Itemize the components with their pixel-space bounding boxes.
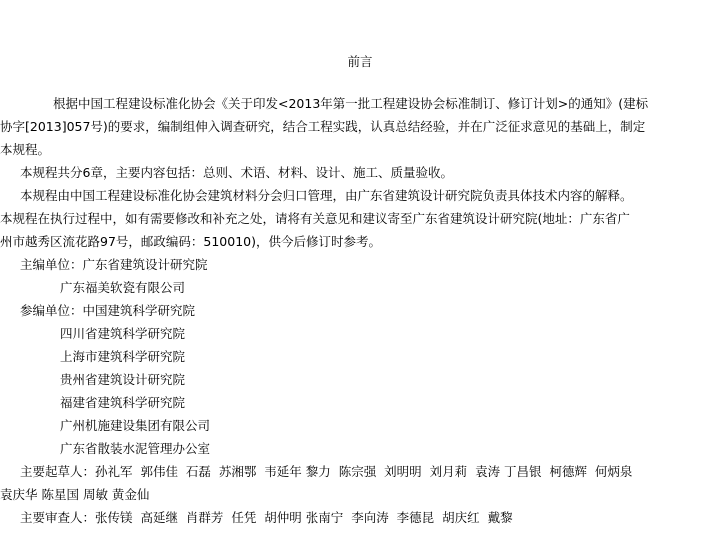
participating-editor-label: 参编单位： (20, 303, 83, 318)
participating-editor-unit: 广东省散装水泥管理办公室 (60, 441, 210, 457)
intro-paragraph-line-3: 本规程。 (0, 142, 50, 158)
chapters-paragraph: 本规程共分6章，主要内容包括：总则、术语、材料、设计、施工、质量验收。 (20, 165, 453, 181)
participating-editor-unit: 福建省建筑科学研究院 (60, 395, 185, 411)
participating-editor-unit: 贵州省建筑设计研究院 (60, 372, 185, 388)
drafters-names-continued: 袁庆华 陈星国 周敏 黄金仙 (0, 487, 149, 503)
drafters-label: 主要起草人： (20, 464, 95, 479)
intro-paragraph-line-2: 协字[2013]057号)的要求，编制组伸入调查研究，结合工程实践，认真总结经验… (0, 119, 645, 135)
reviewers-names: 张传镁 高延继 肖群芳 任凭 胡仲明 张南宁 李向涛 李德昆 胡庆红 戴黎 (95, 510, 513, 525)
management-paragraph-line-3: 州市越秀区流花路97号，邮政编码：510010)，供今后修订时参考。 (0, 234, 381, 250)
participating-editor-unit: 中国建筑科学研究院 (83, 303, 196, 318)
drafters-names: 孙礼军 郭伟佳 石磊 苏湘鄂 韦延年 黎力 陈宗强 刘明明 刘月莉 袁涛 丁昌银… (95, 464, 632, 479)
reviewers-label: 主要审查人： (20, 510, 95, 525)
page-title: 前言 (0, 54, 720, 70)
management-paragraph-line-1: 本规程由中国工程建设标准化协会建筑材料分会归口管理，由广东省建筑设计研究院负责具… (20, 188, 633, 204)
chief-editor-unit: 广东福美软瓷有限公司 (60, 280, 185, 296)
participating-editor-row: 参编单位：中国建筑科学研究院 (20, 303, 195, 319)
chief-editor-row: 主编单位：广东省建筑设计研究院 (20, 257, 208, 273)
management-paragraph-line-2: 本规程在执行过程中，如有需要修改和补充之处，请将有关意见和建议寄至广东省建筑设计… (0, 211, 630, 227)
reviewers-row: 主要审查人：张传镁 高延继 肖群芳 任凭 胡仲明 张南宁 李向涛 李德昆 胡庆红… (20, 510, 513, 526)
intro-paragraph-line-1: 根据中国工程建设标准化协会《关于印发<2013年第一批工程建设协会标准制订、修订… (53, 96, 714, 112)
drafters-row: 主要起草人：孙礼军 郭伟佳 石磊 苏湘鄂 韦延年 黎力 陈宗强 刘明明 刘月莉 … (20, 464, 632, 480)
chief-editor-label: 主编单位： (20, 257, 83, 272)
participating-editor-unit: 上海市建筑科学研究院 (60, 349, 185, 365)
chief-editor-unit: 广东省建筑设计研究院 (83, 257, 208, 272)
participating-editor-unit: 广州机施建设集团有限公司 (60, 418, 210, 434)
participating-editor-unit: 四川省建筑科学研究院 (60, 326, 185, 342)
